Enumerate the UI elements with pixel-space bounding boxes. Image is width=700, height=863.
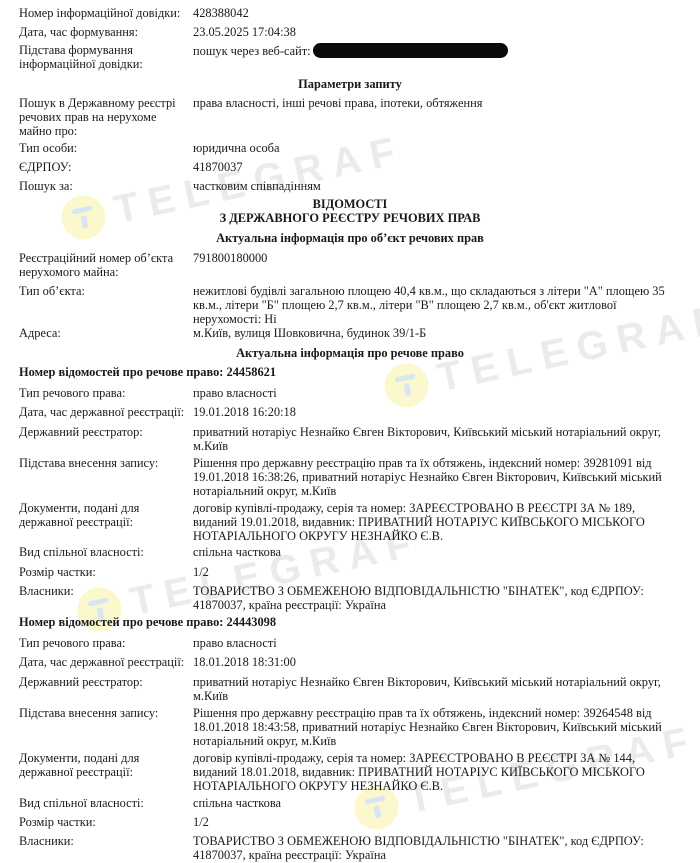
document-title: ВІДОМОСТІ: [0, 197, 700, 211]
field-value: 791800180000: [193, 251, 673, 265]
field-value: пошук через веб-сайт:: [193, 44, 311, 58]
field-value: Рішення про державну реєстрацію прав та …: [193, 706, 673, 748]
field-label: Тип особи:: [19, 141, 191, 155]
field-value-container: пошук через веб-сайт:: [193, 43, 673, 58]
field-value: м.Київ, вулиця Шовковична, будинок 39/1-…: [193, 326, 673, 340]
field-value: 1/2: [193, 815, 673, 829]
section-title-query: Параметри запиту: [0, 77, 700, 91]
field-value: приватний нотаріус Незнайко Євген Віктор…: [193, 675, 673, 703]
field-value: Рішення про державну реєстрацію прав та …: [193, 456, 673, 498]
field-value: ТОВАРИСТВО З ОБМЕЖЕНОЮ ВІДПОВІДАЛЬНІСТЮ …: [193, 834, 673, 862]
field-label: Тип речового права:: [19, 636, 191, 650]
field-value: 23.05.2025 17:04:38: [193, 25, 673, 39]
right-number: Номер відомостей про речове право: 24458…: [19, 365, 276, 379]
field-value: спільна часткова: [193, 545, 673, 559]
section-title-object: Актуальна інформація про об’єкт речових …: [0, 231, 700, 245]
field-label: Дата, час державної реєстрації:: [19, 655, 191, 669]
field-label: Документи, подані для державної реєстрац…: [19, 501, 191, 529]
document-subtitle: З ДЕРЖАВНОГО РЕЄСТРУ РЕЧОВИХ ПРАВ: [0, 211, 700, 225]
field-label: Вид спільної власності:: [19, 796, 191, 810]
field-label: Підстава внесення запису:: [19, 706, 191, 720]
field-label: Державний реєстратор:: [19, 425, 191, 439]
field-label: Тип об’єкта:: [19, 284, 191, 298]
field-label: Розмір частки:: [19, 565, 191, 579]
field-value: 41870037: [193, 160, 673, 174]
field-value: приватний нотаріус Незнайко Євген Віктор…: [193, 425, 673, 453]
field-value: договір купівлі-продажу, серія та номер:…: [193, 501, 673, 543]
field-value: 18.01.2018 18:31:00: [193, 655, 673, 669]
field-label: Документи, подані для державної реєстрац…: [19, 751, 191, 779]
field-value: 428388042: [193, 6, 673, 20]
field-value: нежитлові будівлі загальною площею 40,4 …: [193, 284, 673, 326]
field-label: Реєстраційний номер об’єкта нерухомого м…: [19, 251, 191, 279]
redacted-website: [313, 43, 508, 58]
field-label: Розмір частки:: [19, 815, 191, 829]
field-label: Власники:: [19, 584, 191, 598]
field-label: Власники:: [19, 834, 191, 848]
field-value: частковим співпадінням: [193, 179, 673, 193]
field-label: Пошук в Державному реєстрі речових прав …: [19, 96, 191, 138]
section-title-rights: Актуальна інформація про речове право: [0, 346, 700, 360]
field-value: 19.01.2018 16:20:18: [193, 405, 673, 419]
field-value: право власності: [193, 636, 673, 650]
field-value: права власності, інші речові права, іпот…: [193, 96, 673, 110]
field-label: Підстава формування інформаційної довідк…: [19, 43, 191, 71]
field-label: Тип речового права:: [19, 386, 191, 400]
field-value: юридична особа: [193, 141, 673, 155]
field-value: договір купівлі-продажу, серія та номер:…: [193, 751, 673, 793]
field-label: Вид спільної власності:: [19, 545, 191, 559]
field-label: ЄДРПОУ:: [19, 160, 191, 174]
field-value: 1/2: [193, 565, 673, 579]
right-number: Номер відомостей про речове право: 24443…: [19, 615, 276, 629]
field-label: Адреса:: [19, 326, 191, 340]
field-label: Номер інформаційної довідки:: [19, 6, 191, 20]
field-label: Державний реєстратор:: [19, 675, 191, 689]
field-label: Дата, час державної реєстрації:: [19, 405, 191, 419]
field-value: ТОВАРИСТВО З ОБМЕЖЕНОЮ ВІДПОВІДАЛЬНІСТЮ …: [193, 584, 673, 612]
field-label: Дата, час формування:: [19, 25, 191, 39]
field-value: право власності: [193, 386, 673, 400]
field-value: спільна часткова: [193, 796, 673, 810]
field-label: Пошук за:: [19, 179, 191, 193]
field-label: Підстава внесення запису:: [19, 456, 191, 470]
